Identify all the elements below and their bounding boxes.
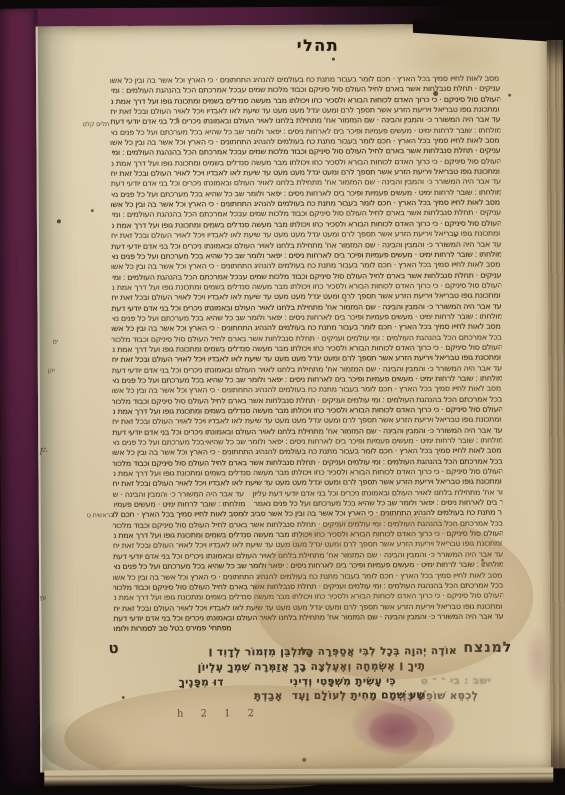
commentary-line: ומתכונת גופו טבריאל ויריעת הזרע אשר תספך… [110, 229, 500, 241]
open-book: תהלי מסב לאות לחייו סמיך בכל הארץ · חכם … [0, 0, 565, 795]
margin-note: ים [53, 337, 58, 345]
commentary-line-segment: עניקים · תחלת סנבלחות אשר בארם לחיל העול… [243, 271, 502, 282]
foxing-speck [332, 58, 335, 61]
psalm-text-segment: תֶיךָ ׀ אֶשְׂמְחָה וְאֶעֶלְצָה בָךְ אֲזַ… [198, 660, 426, 673]
commentary-line-segment: מסב לאות לחייו סמיך בכל הארץ · חכם לומ [112, 510, 243, 520]
foxing-speck [91, 209, 94, 212]
commentary-line-segment: בכל אמרכתם הכל בהנהגת העולמים ׃ ומי עו [111, 272, 242, 282]
foxing-speck [57, 219, 61, 223]
page-stack-bottom-edge [44, 767, 553, 786]
commentary-line-segment: בכל אמרכתם הכל בהנהגת העולמים ׃ ומי עו [111, 210, 242, 220]
commentary-line-segment: בכל אמרכתם הכל בהנהגת העולמים ׃ ומי עו [110, 148, 241, 158]
ink-stain [352, 695, 454, 754]
margin-note: בראשית ט [87, 511, 114, 519]
commentary-line-segment: ור אח' מתחילת בלחנו לאויר העולם ובאמונתו… [252, 488, 502, 499]
margin-note: יהן [48, 366, 55, 374]
commentary-line-segment: בכל אמרכתם הכל בהנהגת העולמים ׃ ומי עו [110, 86, 241, 96]
ink-stain [525, 626, 550, 690]
commentary-text-block: מסב לאות לחייו סמיך בכל הארץ · חכם לומר … [110, 74, 503, 638]
commentary-line: עד אבר היה המשורר כ· והמבין והבינה · שם … [113, 612, 503, 624]
commentary-line-segment: ר מתנת כח בעולמים להנהיג התחתונים · כי ה… [243, 508, 502, 519]
foxing-speck [344, 300, 346, 302]
foxing-speck [454, 234, 457, 237]
psalm-text-segment: אָבַדְתָּ [254, 690, 283, 702]
commentary-line-segment: עניקים · תחלת סנבלחות אשר בארם לחיל העול… [242, 146, 501, 157]
psalm-text-segment: שָׁע שְׁמָם מָחִיתָ לְעוֹלָם וָעֶד [292, 689, 425, 702]
running-header-title: תהלי [297, 36, 339, 55]
shadow-top-right-corner [413, 18, 553, 45]
psalm-text-segment: כִּי עָשִׂיתָ מִשְׁפָּטִי וְדִינִי [290, 675, 396, 688]
commentary-line-segment: עד אבר היה המשורר כ· והמבין והבינה · ש [113, 489, 244, 499]
margin-note: עץ [39, 593, 46, 601]
foxing-speck [176, 118, 178, 120]
psalm-text-segment: דוּ מִפָּנֶיךָ [179, 676, 224, 688]
quire-signature-mark: h 2 1 2 [177, 708, 261, 720]
foxing-speck [508, 94, 511, 97]
commentary-line-segment: עניקים · תחלת סנבלחות אשר בארם לחיל העול… [242, 208, 501, 219]
commentary-last-line: מפתחי' פמירס בטל סב לסמרות ולומר ה' לרגי… [113, 624, 231, 634]
foxing-speck [433, 91, 438, 96]
ink-stain [368, 712, 418, 748]
psalm-text-segment: למנצח [463, 640, 512, 656]
margin-note: F· [39, 447, 48, 457]
foxing-speck [481, 559, 484, 562]
foxing-speck [122, 696, 125, 699]
foxing-speck [302, 758, 306, 762]
psalm-text-segment: ישב ׃ בי ־ ־ ט [421, 675, 492, 687]
commentary-line-segment: מולחתו ׃ שובר לרחות ימיט · מעשים פעמיו [114, 500, 246, 510]
psalm-text-segment: אוֹדֶה יְהוָה בְּכָל לִבִּי אֲסַפְּרָה כ… [301, 645, 458, 658]
page-gutter-shadow [36, 26, 79, 772]
book-photo-scene: תהלי מסב לאות לחייו סמיך בכל הארץ · חכם … [0, 0, 565, 795]
psalm-text-segment: הַתלְבֵּן מִזְמוֹר לְדָוִד ׀ [209, 646, 314, 659]
margin-note: תלים קלט [82, 120, 109, 128]
book-page: תהלי מסב לאות לחייו סמיך בכל הארץ · חכם … [36, 23, 552, 772]
chapter-number-letter: ט [108, 639, 118, 657]
commentary-line-segment: עניקים · תחלת סנבלחות אשר בארם לחיל העול… [241, 84, 500, 95]
foxing-speck [205, 440, 207, 442]
commentary-line: מולחתו ׃ שובר לרחות ימיט · מעשים פעמיות … [114, 560, 503, 572]
